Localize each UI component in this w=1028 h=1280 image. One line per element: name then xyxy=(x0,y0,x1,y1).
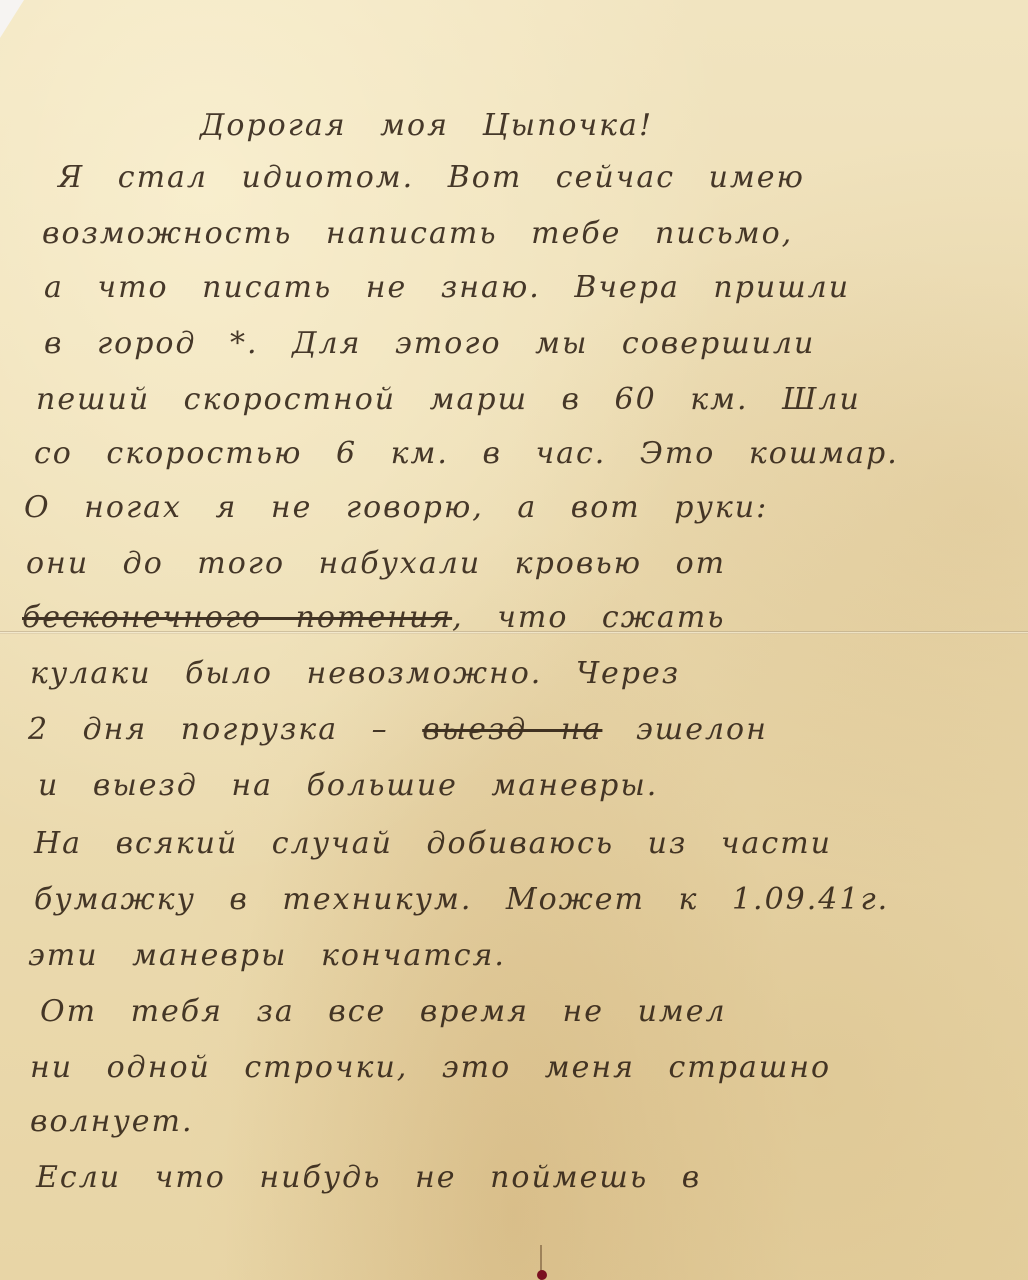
letter-line-10: кулаки было невозможно. Через xyxy=(30,656,680,691)
letter-line-6: со скоростью 6 км. в час. Это кошмар. xyxy=(34,436,899,471)
letter-line-18: волнует. xyxy=(30,1104,194,1139)
torn-corner xyxy=(0,0,24,38)
letter-line-4: в город *. Для этого мы совершили xyxy=(44,326,815,361)
letter-line-13: На всякий случай добиваюсь из части xyxy=(34,826,832,861)
letter-line-16: От тебя за все время не имел xyxy=(40,994,727,1029)
letter-line-3: а что писать не знаю. Вчера пришли xyxy=(44,270,850,305)
struck-text: бесконечного потения xyxy=(22,600,452,635)
letter-greeting: Дорогая моя Цыпочка! xyxy=(200,108,653,143)
letter-line-1: Я стал идиотом. Вот сейчас имею xyxy=(58,160,805,195)
letter-line-19: Если что нибудь не поймешь в xyxy=(36,1160,701,1195)
letter-line-9: бесконечного потения, что сжать xyxy=(22,600,726,635)
letter-line-5: пеший скоростной марш в 60 км. Шли xyxy=(36,382,861,417)
letter-line-11: 2 дня погрузка – выезд на эшелон xyxy=(28,712,768,747)
letter-line-15: эти маневры кончатся. xyxy=(28,938,506,973)
letter-line-7: О ногах я не говорю, а вот руки: xyxy=(24,490,768,525)
letter-line-17: ни одной строчки, это меня страшно xyxy=(30,1050,831,1085)
letter-line-11-start: 2 дня погрузка – xyxy=(28,712,389,747)
letter-sheet: Дорогая моя Цыпочка! Я стал идиотом. Вот… xyxy=(0,0,1028,1280)
struck-text-2: выезд на xyxy=(422,712,602,747)
ink-stain xyxy=(537,1270,547,1280)
letter-line-2: возможность написать тебе письмо, xyxy=(42,216,793,251)
letter-line-14: бумажку в техникум. Может к 1.09.41г. xyxy=(34,882,889,917)
letter-line-11-end: эшелон xyxy=(636,712,768,747)
letter-line-8: они до того набухали кровью от xyxy=(26,546,726,581)
letter-line-9-rest: , что сжать xyxy=(452,600,725,635)
letter-line-12: и выезд на большие маневры. xyxy=(38,768,658,803)
